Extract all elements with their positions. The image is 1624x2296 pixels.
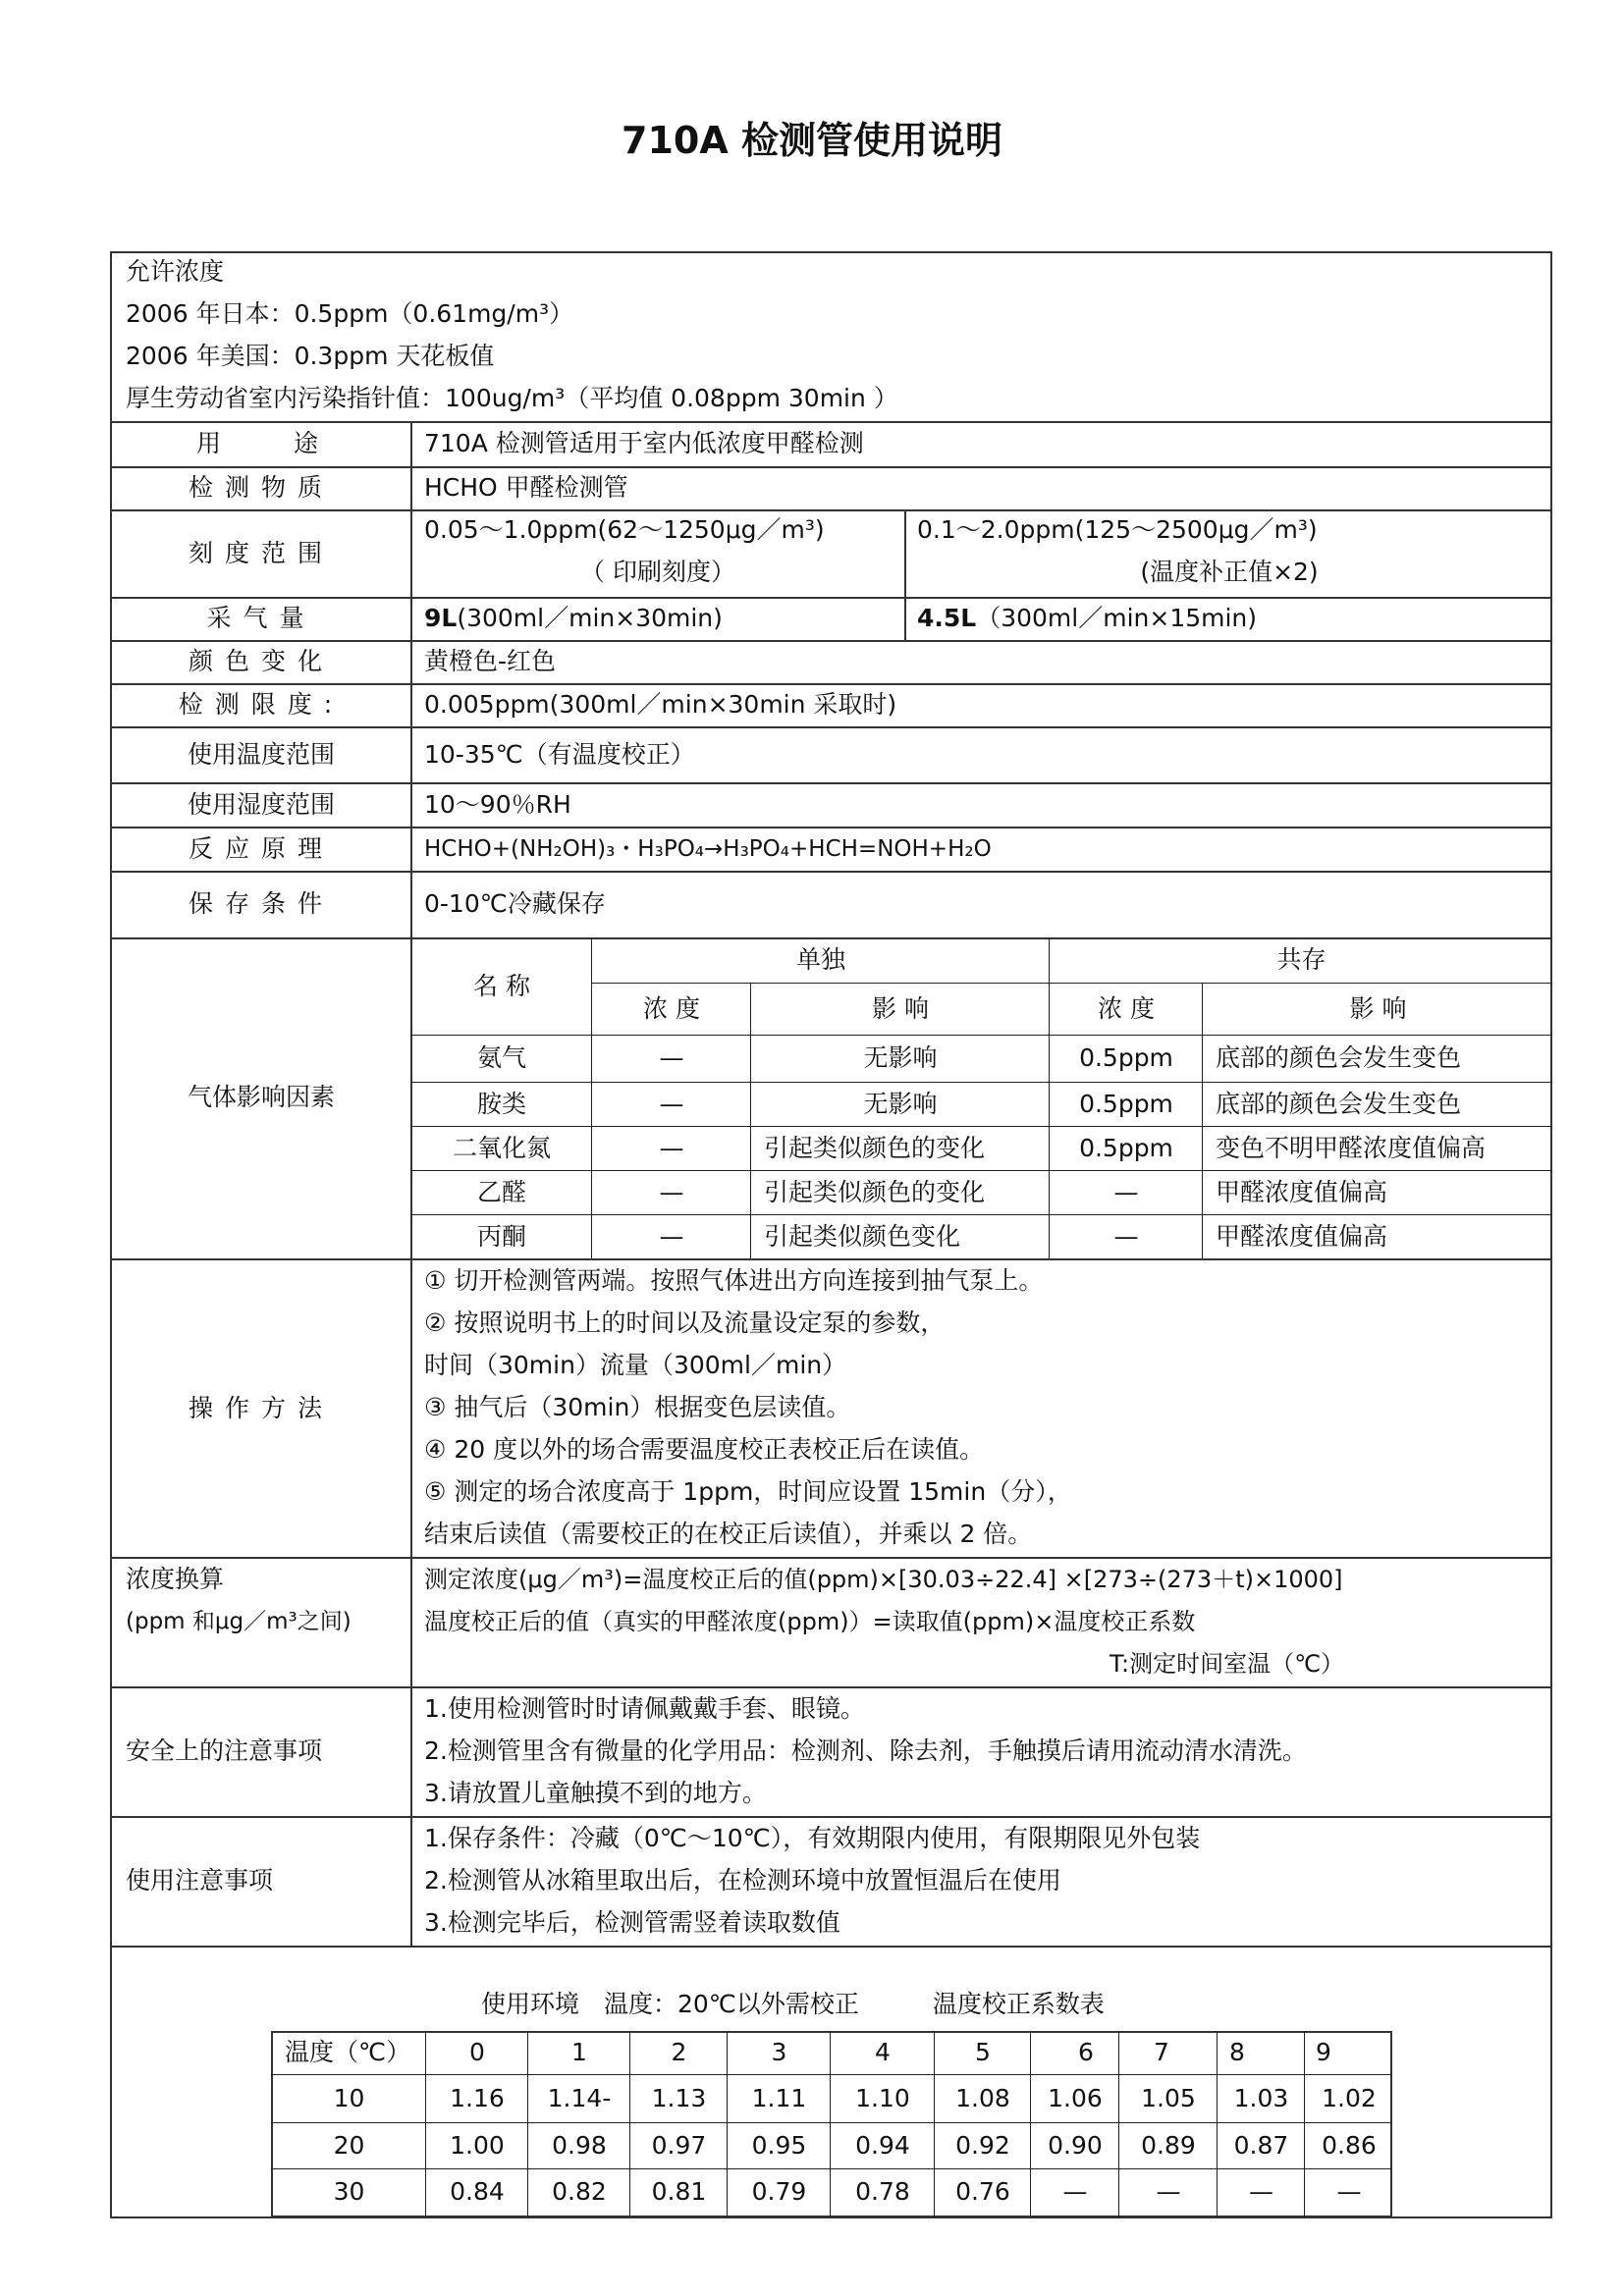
- gas-header-single: 单独: [593, 945, 1049, 975]
- correction-header-digit: 5: [936, 2038, 1030, 2067]
- correction-cell: 1.16: [427, 2084, 527, 2113]
- storage-label: 保存条件: [112, 889, 410, 919]
- correction-cell: —: [1306, 2177, 1392, 2207]
- divider: [934, 2031, 935, 2217]
- sampling-left-volume: 9L: [424, 604, 457, 632]
- substance-value: HCHO 甲醛检测管: [424, 473, 628, 503]
- gas-single-conc: —: [593, 1222, 750, 1252]
- divider: [110, 421, 1552, 423]
- correction-cell: 0.78: [832, 2177, 934, 2207]
- divider: [830, 2031, 831, 2217]
- scale-left-note: （ 印刷刻度）: [412, 558, 903, 587]
- correction-header-digit: 1: [529, 2038, 629, 2067]
- operation-step: ③ 抽气后（30min）根据变色层读值。: [424, 1393, 850, 1422]
- conversion-label-units: (ppm 和μg／m³之间): [126, 1607, 352, 1636]
- divider: [425, 2031, 426, 2217]
- divider: [271, 2122, 1392, 2123]
- correction-cell: 1.08: [936, 2084, 1030, 2113]
- correction-cell: 0.87: [1218, 2131, 1304, 2161]
- sampling-right-volume: 4.5L: [917, 604, 976, 632]
- safety-label: 安全上的注意事项: [126, 1736, 322, 1766]
- divider: [271, 2074, 1392, 2075]
- safety-item: 1.使用检测管时时请佩戴戴手套、眼镜。: [424, 1694, 865, 1724]
- sampling-left-detail: (300ml／min×30min): [457, 604, 723, 632]
- reaction-formula: HCHO+(NH₂OH)₃・H₃PO₄→H₃PO₄+HCH=NOH+H₂O: [424, 834, 992, 864]
- color-value: 黄橙色-红色: [424, 647, 556, 676]
- gas-co-effect: 甲醛浓度值偏高: [1216, 1222, 1387, 1252]
- temp-range-value: 10-35℃（有温度校正）: [424, 740, 695, 770]
- usage-item: 1.保存条件：冷藏（0℃～10℃），有效期限内使用，有限期限见外包装: [424, 1824, 1200, 1853]
- divider: [410, 1082, 1552, 1083]
- operation-step: ② 按照说明书上的时间以及流量设定泵的参数，: [424, 1308, 945, 1338]
- gas-label: 气体影响因素: [112, 1083, 410, 1112]
- divider: [527, 2031, 528, 2217]
- sampling-left: 9L(300ml／min×30min): [424, 604, 723, 633]
- correction-cell: 1.02: [1306, 2084, 1392, 2113]
- correction-header-digit: 7: [1154, 2038, 1169, 2067]
- correction-row-temp: 30: [273, 2177, 425, 2207]
- gas-header-name: 名 称: [412, 972, 591, 1001]
- divider: [1030, 2031, 1031, 2217]
- conversion-correction: 温度校正后的值（真实的甲醛浓度(ppm)）=读取值(ppm)×温度校正系数: [424, 1607, 1195, 1636]
- divider: [1049, 937, 1050, 1258]
- divider: [1118, 2031, 1119, 2217]
- humidity-range-value: 10～90％RH: [424, 790, 571, 820]
- purpose-label: 用 途: [112, 429, 410, 458]
- gas-single-effect: 引起类似颜色的变化: [764, 1134, 985, 1163]
- divider: [110, 466, 1552, 468]
- correction-cell: 0.81: [631, 2177, 727, 2207]
- gas-co-effect: 底部的颜色会发生变色: [1216, 1090, 1461, 1119]
- divider: [410, 1035, 1552, 1036]
- operation-step: ① 切开检测管两端。按照气体进出方向连接到抽气泵上。: [424, 1266, 1043, 1296]
- usage-item: 3.检测完毕后，检测管需竖着读取数值: [424, 1908, 840, 1938]
- allowed-heading: 允许浓度: [126, 257, 224, 287]
- correction-header-temp: 温度（℃）: [285, 2038, 410, 2067]
- limit-label: 检测限度:: [112, 690, 410, 720]
- temp-range-label: 使用温度范围: [112, 740, 410, 770]
- operation-step: 时间（30min）流量（300ml／min）: [424, 1351, 846, 1380]
- conversion-note: T:测定时间室温（℃）: [1110, 1649, 1344, 1679]
- gas-co-conc: 0.5ppm: [1051, 1043, 1202, 1073]
- gas-header-single-effect: 影 响: [752, 994, 1049, 1024]
- divider: [110, 1816, 1552, 1818]
- divider: [110, 1258, 1552, 1260]
- correction-cell: 0.84: [427, 2177, 527, 2207]
- correction-cell: 0.90: [1032, 2131, 1118, 2161]
- operation-label: 操作方法: [112, 1394, 410, 1423]
- divider: [110, 871, 1552, 873]
- divider: [110, 827, 1552, 828]
- correction-cell: —: [1032, 2177, 1118, 2207]
- correction-cell: 1.14-: [529, 2084, 629, 2113]
- gas-header-coexist: 共存: [1051, 945, 1552, 975]
- divider: [110, 1557, 1552, 1559]
- safety-item: 3.请放置儿童触摸不到的地方。: [424, 1779, 767, 1808]
- correction-cell: 0.97: [631, 2131, 727, 2161]
- correction-cell: 0.82: [529, 2177, 629, 2207]
- correction-cell: —: [1120, 2177, 1217, 2207]
- divider: [110, 726, 1552, 728]
- divider: [629, 2031, 630, 2217]
- correction-header-digit: 8: [1229, 2038, 1245, 2067]
- divider: [110, 683, 1552, 685]
- divider: [110, 1946, 1552, 1948]
- correction-cell: 1.10: [832, 2084, 934, 2113]
- correction-cell: 0.98: [529, 2131, 629, 2161]
- gas-header-co-effect: 影 响: [1204, 994, 1552, 1024]
- correction-cell: 1.03: [1218, 2084, 1304, 2113]
- divider: [410, 1126, 1552, 1127]
- correction-cell: 1.11: [729, 2084, 830, 2113]
- gas-single-effect: 无影响: [752, 1043, 1049, 1073]
- gas-name: 乙醛: [412, 1178, 591, 1207]
- correction-cell: 0.89: [1120, 2131, 1217, 2161]
- gas-single-conc: —: [593, 1043, 750, 1073]
- divider: [110, 640, 1552, 642]
- gas-co-conc: 0.5ppm: [1051, 1134, 1202, 1163]
- divider: [110, 509, 1552, 511]
- allowed-line-japan: 2006 年日本：0.5ppm（0.61mg/m³）: [126, 299, 573, 329]
- correction-cell: 0.94: [832, 2131, 934, 2161]
- correction-row-temp: 20: [273, 2131, 425, 2161]
- gas-co-conc: —: [1051, 1178, 1202, 1207]
- correction-cell: 1.13: [631, 2084, 727, 2113]
- substance-label: 检测物质: [112, 473, 410, 503]
- usage-label: 使用注意事项: [126, 1866, 273, 1896]
- operation-step: ④ 20 度以外的场合需要温度校正表校正后在读值。: [424, 1435, 984, 1465]
- gas-single-conc: —: [593, 1134, 750, 1163]
- divider: [1202, 983, 1203, 1258]
- gas-name: 丙酮: [412, 1222, 591, 1252]
- correction-caption: 使用环境 温度：20℃以外需校正 温度校正系数表: [481, 1990, 1105, 2019]
- divider: [750, 983, 751, 1258]
- scale-right-note: (温度补正值×2): [906, 558, 1552, 587]
- gas-single-effect: 无影响: [752, 1090, 1049, 1119]
- allowed-line-usa: 2006 年美国：0.3ppm 天花板值: [126, 342, 494, 371]
- safety-item: 2.检测管里含有微量的化学用品：检测剂、除去剂，手触摸后请用流动清水清洗。: [424, 1736, 1307, 1766]
- correction-cell: —: [1218, 2177, 1304, 2207]
- gas-header-co-conc: 浓 度: [1051, 994, 1202, 1024]
- operation-step: ⑤ 测定的场合浓度高于 1ppm，时间应设置 15min（分），: [424, 1477, 1072, 1507]
- correction-header-digit: 2: [631, 2038, 727, 2067]
- correction-cell: 0.86: [1306, 2131, 1392, 2161]
- divider: [110, 1686, 1552, 1688]
- document-title: 710A 检测管使用说明: [0, 110, 1624, 164]
- conversion-label: 浓度换算: [126, 1565, 224, 1594]
- sampling-right: 4.5L（300ml／min×15min): [917, 604, 1257, 633]
- correction-cell: 0.76: [936, 2177, 1030, 2207]
- color-label: 颜色变化: [112, 647, 410, 676]
- divider: [410, 1170, 1552, 1171]
- divider: [110, 782, 1552, 784]
- reaction-label: 反应原理: [112, 834, 410, 864]
- scale-left-range: 0.05～1.0ppm(62～1250μg／m³): [424, 515, 825, 545]
- correction-header-digit: 6: [1078, 2038, 1094, 2067]
- correction-row-temp: 10: [273, 2084, 425, 2113]
- gas-single-conc: —: [593, 1090, 750, 1119]
- usage-item: 2.检测管从冰箱里取出后，在检测环境中放置恒温后在使用: [424, 1866, 1061, 1896]
- humidity-range-label: 使用湿度范围: [112, 790, 410, 820]
- gas-single-conc: —: [593, 1178, 750, 1207]
- gas-name: 胺类: [412, 1090, 591, 1119]
- sampling-right-detail: （300ml／min×15min): [976, 604, 1257, 632]
- scale-label: 刻度范围: [112, 539, 410, 568]
- correction-header-digit: 3: [729, 2038, 830, 2067]
- correction-header-digit: 9: [1316, 2038, 1331, 2067]
- gas-header-single-conc: 浓 度: [593, 994, 750, 1024]
- correction-cell: 0.92: [936, 2131, 1030, 2161]
- divider: [271, 2168, 1392, 2169]
- gas-co-effect: 甲醛浓度值偏高: [1216, 1178, 1387, 1207]
- conversion-formula: 测定浓度(μg／m³)=温度校正后的值(ppm)×[30.03÷22.4] ×[…: [424, 1565, 1343, 1594]
- divider: [110, 937, 1552, 939]
- sampling-label: 采气量: [112, 604, 410, 633]
- storage-value: 0-10℃冷藏保存: [424, 889, 606, 919]
- divider: [1304, 2031, 1305, 2217]
- correction-header-digit: 0: [427, 2038, 527, 2067]
- correction-cell: 1.06: [1032, 2084, 1118, 2113]
- divider: [727, 2031, 728, 2217]
- correction-cell: 0.95: [729, 2131, 830, 2161]
- divider: [1217, 2031, 1218, 2217]
- scale-right-range: 0.1～2.0ppm(125～2500μg／m³): [917, 515, 1318, 545]
- divider: [110, 597, 1552, 599]
- gas-co-conc: —: [1051, 1222, 1202, 1252]
- purpose-value: 710A 检测管适用于室内低浓度甲醛检测: [424, 429, 864, 458]
- gas-single-effect: 引起类似颜色变化: [764, 1222, 960, 1252]
- operation-step: 结束后读值（需要校正的在校正后读值），并乘以 2 倍。: [424, 1520, 1032, 1549]
- divider: [410, 1214, 1552, 1215]
- gas-single-effect: 引起类似颜色的变化: [764, 1178, 985, 1207]
- gas-co-conc: 0.5ppm: [1051, 1090, 1202, 1119]
- correction-cell: 0.79: [729, 2177, 830, 2207]
- gas-co-effect: 底部的颜色会发生变色: [1216, 1043, 1461, 1073]
- correction-cell: 1.05: [1120, 2084, 1217, 2113]
- allowed-line-mhlw: 厚生劳动省室内污染指针值：100ug/m³（平均值 0.08ppm 30min …: [126, 384, 898, 413]
- correction-cell: 1.00: [427, 2131, 527, 2161]
- correction-header-digit: 4: [832, 2038, 934, 2067]
- divider: [591, 983, 1552, 984]
- gas-name: 氨气: [412, 1043, 591, 1073]
- gas-name: 二氧化氮: [412, 1134, 591, 1163]
- gas-co-effect: 变色不明甲醛浓度值偏高: [1216, 1134, 1486, 1163]
- divider: [591, 937, 592, 1258]
- limit-value: 0.005ppm(300ml／min×30min 采取时): [424, 690, 896, 720]
